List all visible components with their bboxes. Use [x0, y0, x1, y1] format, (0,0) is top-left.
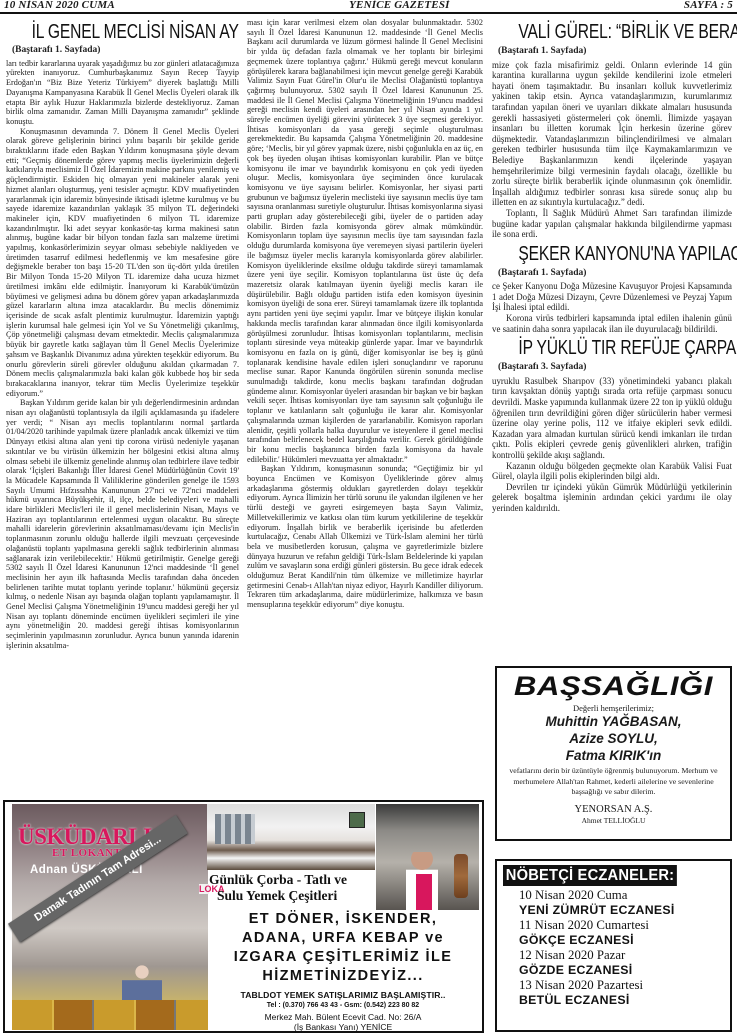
on-duty-pharmacies: NÖBETÇİ ECZANELER: 10 Nisan 2020 Cuma YE…	[495, 859, 732, 1032]
pharmacy-title: NÖBETÇİ ECZANELER:	[503, 865, 677, 886]
masthead: 10 NİSAN 2020 CUMA YENİCE GAZETESİ SAYFA…	[0, 0, 737, 14]
ad-phone: Tel : (0.370) 766 43 43 - Gsm: (0.542) 2…	[207, 1002, 479, 1009]
pharmacy-list: 10 Nisan 2020 Cuma YENİ ZÜMRÜT ECZANESİ …	[519, 888, 724, 1008]
restaurant-advertisement: ÜSKÜDARLI ET LOKANTASI Adnan ÜSKÜDARLI L…	[3, 800, 484, 1033]
article-vali-kicker: (Baştarafı 1. Sayfada)	[498, 46, 732, 57]
menu-line: ET DÖNER, İSKENDER,	[207, 910, 479, 929]
pharmacy-date: 10 Nisan 2020 Cuma	[519, 888, 724, 903]
article-tir: İP YÜKLÜ TIR REFÜJE ÇARPARAK (Baştarafı …	[492, 336, 732, 513]
ad-slogan: Günlük Çorba - Tatlı ve Sulu Yemek Çeşit…	[209, 872, 377, 904]
cook-figure	[122, 962, 162, 1002]
condolence-body: vefatlarını derin bir üzüntüyle öğrenmiş…	[497, 766, 730, 798]
condolence-title: BAŞSAĞLIĞI	[480, 672, 737, 700]
ad-tabldot-notice: TABLDOT YEMEK SATIŞLARIMIZ BAŞLAMIŞTIR..	[207, 990, 479, 1000]
article-paragraph: ması için karar verilmesi elzem olan dos…	[247, 18, 483, 464]
doner-spit	[454, 854, 468, 898]
slogan-line: Günlük Çorba - Tatlı ve	[209, 872, 377, 888]
page-number: SAYFA : 5	[684, 0, 733, 11]
pharmacy-date: 13 Nisan 2020 Pazartesi	[519, 978, 724, 993]
article-meclis-headline: İL GENEL MECLİSİ NİSAN AYI	[32, 20, 214, 44]
article-paragraph: ları tedbir kararlarına uyarak yaşadığım…	[6, 59, 239, 127]
article-paragraph: Toplantı, İl Sağlık Müdürü Ahmet Sarı ta…	[492, 208, 732, 240]
pharmacy-date: 12 Nisan 2020 Pazar	[519, 948, 724, 963]
article-paragraph: ce Şeker Kanyonu Doğa Müzesine Kavuşuyor…	[492, 281, 732, 313]
slogan-line: Sulu Yemek Çeşitleri	[209, 888, 377, 904]
menu-line: IZGARA ÇEŞİTLERİMİZ İLE	[207, 948, 479, 967]
article-seker-headline: ŞEKER KANYONU'NA YAPILACAK	[518, 242, 705, 266]
condolence-company: YENORSAN A.Ş.	[497, 804, 730, 815]
pharmacy-name: GÖZDE ECZANESİ	[519, 963, 724, 978]
article-paragraph: uyruklu Rasulbek Sharıpov (33) yönetimin…	[492, 376, 732, 461]
pharmacy-name: GÖKÇE ECZANESİ	[519, 933, 724, 948]
article-paragraph: Kazanın olduğu bölgeden geçmekte olan Ka…	[492, 461, 732, 482]
pharmacy-name: YENİ ZÜMRÜT ECZANESİ	[519, 903, 724, 918]
issue-date: 10 NİSAN 2020 CUMA	[4, 0, 115, 11]
menu-line: HİZMETİNİZDEYİZ...	[207, 967, 479, 986]
restaurant-storefront-photo: ÜSKÜDARLI ET LOKANTASI Adnan ÜSKÜDARLI L…	[12, 804, 208, 1030]
article-paragraph: mize çok fazla misafirimiz geldi. Onları…	[492, 60, 732, 208]
article-paragraph: Korona virüs tedbirleri kapsamında iptal…	[492, 313, 732, 334]
paper-name: YENİCE GAZETESİ	[349, 0, 450, 11]
article-seker: ŞEKER KANYONU'NA YAPILACAK (Baştarafı 1.…	[492, 242, 732, 335]
condolence-intro: Değerli hemşerilerimiz;	[497, 703, 730, 713]
ad-menu: ET DÖNER, İSKENDER, ADANA, URFA KEBAP ve…	[207, 910, 479, 986]
article-meclis-kicker: (Baştarafı 1. Sayfada)	[12, 46, 239, 56]
pharmacy-date: 11 Nisan 2020 Cumartesi	[519, 918, 724, 933]
article-tir-headline: İP YÜKLÜ TIR REFÜJE ÇARPARAK	[518, 336, 705, 360]
address-line: Merkez Mah. Bülent Ecevit Cad. No: 26/A	[207, 1012, 479, 1022]
deceased-name: Azize SOYLU,	[497, 730, 730, 747]
side-sign: LOKA	[199, 884, 209, 894]
article-paragraph: Başkan Yıldırım geride kalan bir yılı de…	[6, 398, 239, 650]
article-vali-headline: VALİ GÜREL: “BİRLİK VE BERABERLİK	[518, 20, 705, 44]
article-seker-kicker: (Baştarafı 1. Sayfada)	[498, 268, 732, 279]
chef-apron	[416, 874, 432, 910]
pharmacy-name: BETÜL ECZANESİ	[519, 993, 724, 1008]
article-paragraph: Devrilen tır içindeki yükün Gümrük Müdür…	[492, 482, 732, 514]
article-meclis-left-column: İL GENEL MECLİSİ NİSAN AYI (Baştarafı 1.…	[6, 18, 239, 794]
address-line: (İş Bankası Yanı) YENİCE	[207, 1022, 479, 1032]
dining-room-photo	[207, 804, 375, 870]
article-vali: VALİ GÜREL: “BİRLİK VE BERABERLİK (Başta…	[492, 20, 732, 240]
right-column: VALİ GÜREL: “BİRLİK VE BERABERLİK (Başta…	[492, 18, 732, 514]
article-tir-kicker: (Baştarafı 3. Sayfada)	[498, 362, 732, 373]
condolence-notice: BAŞSAĞLIĞI Değerli hemşerilerimiz; Muhit…	[495, 666, 732, 841]
deceased-name: Muhittin YAĞBASAN,	[497, 713, 730, 730]
food-trays	[12, 1000, 208, 1030]
menu-line: ADANA, URFA KEBAP ve	[207, 929, 479, 948]
article-paragraph: Başkan Yıldırım, konuşmasının sonunda; “…	[247, 464, 483, 610]
ad-address: Merkez Mah. Bülent Ecevit Cad. No: 26/A …	[207, 1012, 479, 1032]
deceased-name: Fatma KIRIK'ın	[497, 747, 730, 764]
condolence-person: Ahmet TELLİOĞLU	[497, 816, 730, 825]
article-paragraph: Konuşmasının devamında 7. Dönem İl Genel…	[6, 127, 239, 399]
article-meclis-mid-column: ması için karar verilmesi elzem olan dos…	[247, 18, 483, 808]
doner-chef-photo	[376, 804, 479, 910]
